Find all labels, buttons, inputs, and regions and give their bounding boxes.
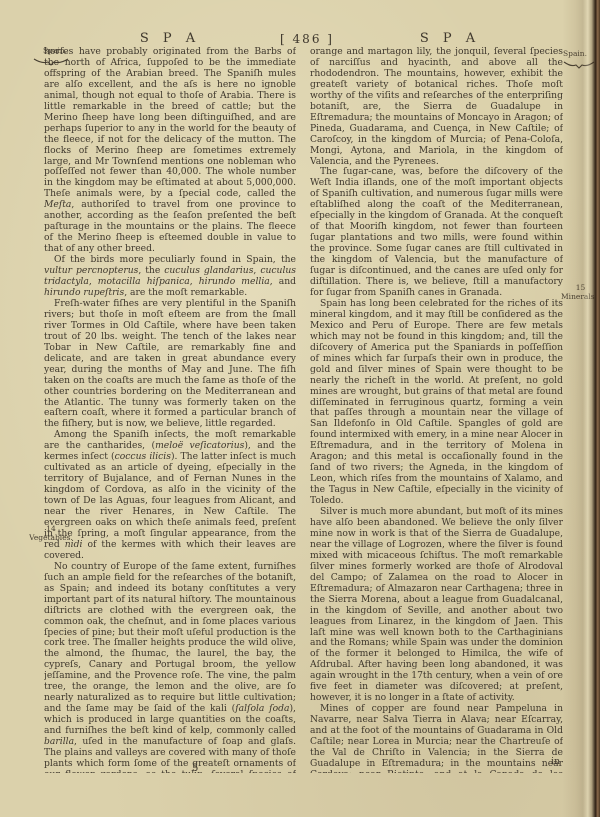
page-gutter-shadow bbox=[562, 0, 600, 817]
running-title-right: S P A bbox=[330, 31, 570, 46]
catchword: in bbox=[310, 756, 560, 767]
book-page: S P A [ 486 ] S P A Spain. Spain. 14 Veg… bbox=[0, 0, 600, 817]
margin-note-minerals: 15 Minerals bbox=[561, 284, 600, 301]
paragraph: Among the Spaniſh inſects, the moſt rema… bbox=[44, 430, 296, 561]
paragraph: orange and martagon lily, the jonquil, ſ… bbox=[310, 47, 563, 167]
paragraph: horſes have probably originated from the… bbox=[44, 47, 296, 255]
margin-note-spain-right-label: Spain. bbox=[563, 49, 587, 58]
brace-swash-icon bbox=[563, 60, 595, 69]
paragraph: Silver is much more abundant, but moſt o… bbox=[310, 507, 563, 704]
margin-note-minerals-label: Minerals bbox=[561, 293, 600, 302]
paragraph: Freſh-water fiſhes are very plentiful in… bbox=[44, 299, 296, 430]
margin-note-spain-right: Spain. bbox=[563, 50, 595, 69]
signature-mark: 5 bbox=[192, 763, 198, 774]
text-column-right: orange and martagon lily, the jonquil, ſ… bbox=[310, 47, 563, 773]
paragraph: The ſugar-cane, was, before the diſcover… bbox=[310, 167, 563, 298]
text-column-left: horſes have probably originated from the… bbox=[44, 47, 296, 773]
paragraph: Spain has long been celebrated for the r… bbox=[310, 299, 563, 507]
paragraph: Of the birds more peculiarly found in Sp… bbox=[44, 255, 296, 299]
paragraph: No country of Europe of the ſame extent,… bbox=[44, 562, 296, 773]
